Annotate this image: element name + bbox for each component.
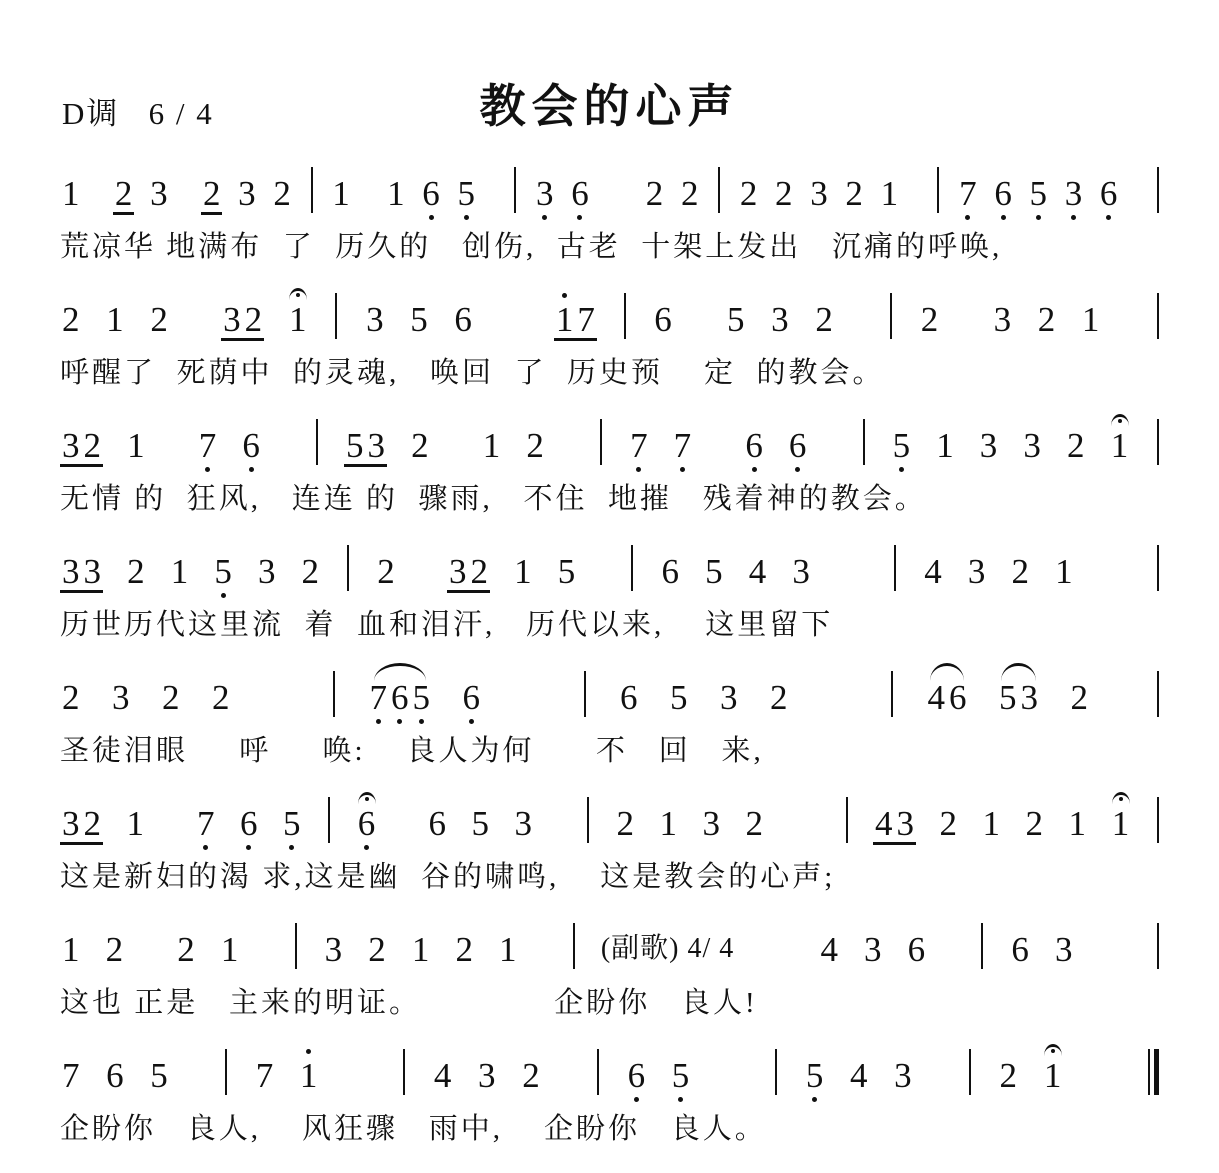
barline-stroke (335, 293, 337, 339)
note: 2 (409, 410, 431, 475)
note-row-6: 321765665321324321211 (60, 788, 1163, 853)
note: 2 (210, 662, 232, 727)
barline-stroke (347, 545, 349, 591)
note-number: 2 (162, 679, 180, 716)
note: 7 (60, 1040, 82, 1105)
note-number: 1 (1055, 553, 1073, 590)
note: 2 (468, 536, 490, 590)
octave-down-dot (899, 467, 904, 472)
barline (399, 1049, 409, 1095)
barline-stroke (311, 167, 313, 213)
note-number: 3 (810, 175, 828, 212)
note: 1 (1053, 536, 1075, 601)
octave-down-area (1071, 212, 1076, 223)
note: 3 (366, 410, 388, 464)
barline-stroke (587, 797, 589, 843)
note-number: 1 (106, 301, 124, 338)
octave-down-area (634, 1094, 639, 1105)
note: 1 (1110, 788, 1132, 853)
note: 3 (323, 914, 345, 979)
barline-stroke (333, 671, 335, 717)
fermata-icon (289, 288, 307, 300)
note-number: 2 (150, 301, 168, 338)
note-row-7: 122132121(副歌) 4/ 443663 (60, 914, 1163, 979)
octave-down-area (221, 590, 226, 601)
note: 1 (1109, 410, 1131, 475)
note: 3 (534, 158, 556, 223)
note-number: 6 (242, 427, 260, 464)
note-number: 2 (815, 301, 833, 338)
note-number: 6 (620, 679, 638, 716)
barline-stroke (1157, 545, 1159, 591)
note-number: 1 (300, 1057, 318, 1094)
note-number: 4 (928, 679, 946, 716)
note: 2 (375, 536, 397, 601)
note-number: 2 (526, 427, 544, 464)
note-number: 3 (62, 427, 80, 464)
note: 2 (524, 410, 546, 475)
note: 7 (254, 1040, 276, 1105)
note: 2 (453, 914, 475, 979)
note-number: 4 (820, 931, 838, 968)
note: 7 (628, 410, 650, 475)
note-number: 6 (1100, 175, 1118, 212)
barline (583, 797, 593, 843)
note-number: 5 (413, 679, 431, 716)
note: 1 (879, 158, 901, 223)
barline-stroke (1148, 1049, 1150, 1095)
note-number: 1 (1112, 805, 1130, 842)
note: 1 (981, 788, 1003, 853)
note: 3 (364, 284, 386, 349)
barline (859, 419, 869, 465)
note-number: 5 (283, 805, 301, 842)
barline-stroke (1157, 923, 1159, 969)
note-number: 1 (412, 931, 430, 968)
note-number: 5 (705, 553, 723, 590)
note-number: 1 (127, 805, 145, 842)
note: 6 (427, 788, 449, 853)
note-number: 2 (177, 931, 195, 968)
barline-stroke (981, 923, 983, 969)
barline-stroke (846, 797, 848, 843)
note: 7 (957, 158, 979, 223)
lyric-row-7: 这也 正是 主来的明证。 企盼你 良人! (60, 983, 1163, 1023)
fermata-area (289, 284, 307, 301)
note-number: 3 (894, 1057, 912, 1094)
barline (596, 419, 606, 465)
note: 2 (813, 284, 835, 349)
note: 7 (195, 788, 217, 853)
note: 3 (256, 536, 278, 601)
note: 6 (652, 284, 674, 349)
note-number: 6 (1011, 931, 1029, 968)
note: 3 (895, 788, 917, 842)
note: 2 (125, 536, 147, 601)
note: 1 (104, 284, 126, 349)
note-number: 2 (1012, 553, 1030, 590)
octave-down-dot (469, 719, 474, 724)
barline-stroke-thick (1154, 1049, 1159, 1095)
octave-down-dot (965, 215, 970, 220)
note-number: 3 (478, 1057, 496, 1094)
system-8: 765714326554321企盼你 良人, 风狂骤 雨中, 企盼你 良人。 (60, 1040, 1163, 1149)
fermata-icon (358, 792, 376, 804)
note: 1 (934, 410, 956, 475)
octave-down-dot (376, 719, 381, 724)
octave-down-area (429, 212, 434, 223)
note-number: 5 (999, 679, 1017, 716)
barline (1153, 419, 1163, 465)
note-number: 1 (483, 427, 501, 464)
note-number: 4 (850, 1057, 868, 1094)
barline-stroke (225, 1049, 227, 1095)
barline (343, 545, 353, 591)
barline-stroke (1157, 797, 1159, 843)
note: 3 (966, 536, 988, 601)
note: 1 (1042, 1040, 1064, 1105)
note-number: 2 (84, 427, 102, 464)
note-number: 1 (1082, 301, 1100, 338)
note: 6 (452, 284, 474, 349)
barline-stroke (891, 671, 893, 717)
note-number: 3 (994, 301, 1012, 338)
note: 3 (1063, 158, 1085, 223)
barline-stroke (969, 1049, 971, 1095)
barline-stroke (863, 419, 865, 465)
note-number: 2 (617, 805, 635, 842)
octave-down-dot (577, 215, 582, 220)
note: 5 (1028, 158, 1050, 223)
note-row-3: 32176532127766513321 (60, 410, 1163, 475)
note: 3 (513, 788, 535, 853)
note: 3 (236, 158, 258, 223)
note-number: 6 (662, 553, 680, 590)
barline-stroke (584, 671, 586, 717)
lyric-row-2: 呼醒了 死荫中 的灵魂, 唤回 了 历史预 定 的教会。 (60, 353, 1163, 393)
octave-down-dot (542, 215, 547, 220)
note: 3 (60, 410, 82, 464)
note-number: 1 (881, 175, 899, 212)
note-number: 2 (127, 553, 145, 590)
octave-down-dot (1106, 215, 1111, 220)
note: 3 (808, 158, 830, 223)
note-number: 3 (368, 427, 386, 464)
note-number: 1 (332, 175, 350, 212)
note: 2 (243, 284, 265, 338)
note-number: 2 (411, 427, 429, 464)
note-number: 3 (150, 175, 168, 212)
note: 3 (769, 284, 791, 349)
note-number: 5 (558, 553, 576, 590)
barline-stroke (894, 545, 896, 591)
slur-group: 765 (368, 662, 433, 727)
note-row-5: 23227656653246532 (60, 662, 1163, 727)
note: 2 (773, 158, 795, 223)
note: 4 (873, 788, 895, 842)
octave-up-area (562, 284, 567, 301)
note: 1 (125, 788, 147, 853)
note-number: 3 (223, 301, 241, 338)
note-number: 3 (980, 427, 998, 464)
note: 2 (615, 788, 637, 853)
note-number: 1 (289, 301, 307, 338)
note-number: 6 (908, 931, 926, 968)
note-number: 6 (454, 301, 472, 338)
barline (1153, 293, 1163, 339)
octave-down-dot (636, 467, 641, 472)
note: 6 (240, 410, 262, 475)
octave-down-dot (221, 593, 226, 598)
octave-down-dot (795, 467, 800, 472)
note: 2 (843, 158, 865, 223)
note: 6 (238, 788, 260, 853)
note-number: 3 (325, 931, 343, 968)
lyric-row-1: 荒凉华 地满布 了 历久的 创伤, 古老 十架上发出 沉痛的呼唤, (60, 227, 1163, 267)
note-number: 6 (358, 805, 376, 842)
note-number: 2 (245, 301, 263, 338)
barline (886, 293, 896, 339)
note: 3 (447, 536, 469, 590)
note-number: 3 (258, 553, 276, 590)
note-number: 3 (62, 805, 80, 842)
note-number: 1 (660, 805, 678, 842)
octave-up-dot (306, 1049, 311, 1054)
note-number: 5 (1030, 175, 1048, 212)
system-6: 321765665321324321211这是新妇的渴 求,这是幽 谷的啸鸣, … (60, 788, 1163, 897)
note-number: 2 (212, 679, 230, 716)
note-number: 1 (127, 427, 145, 464)
note: 2 (768, 662, 790, 727)
lyric-row-6: 这是新妇的渴 求,这是幽 谷的啸鸣, 这是教会的心声; (60, 857, 1163, 897)
note: 1 (287, 284, 309, 349)
note-number: 3 (536, 175, 554, 212)
page-title: 教会的心声 (0, 70, 1219, 136)
note-number: 5 (670, 679, 688, 716)
note: 1 (219, 914, 241, 979)
barline-stroke (316, 419, 318, 465)
note: 5 (408, 284, 430, 349)
barline-stroke (597, 1049, 599, 1095)
octave-down-area (469, 716, 474, 727)
note-number: 6 (391, 679, 409, 716)
note-number: 6 (628, 1057, 646, 1094)
note: 2 (60, 662, 82, 727)
barline (1153, 545, 1163, 591)
note-number: 2 (62, 679, 80, 716)
octave-down-dot (203, 845, 208, 850)
note-number: 1 (62, 175, 80, 212)
note: 5 (455, 158, 477, 223)
note: 6 (420, 158, 442, 223)
barline-stroke (890, 293, 892, 339)
note-number: 5 (214, 553, 232, 590)
note: 3 (992, 284, 1014, 349)
barline (1153, 671, 1163, 717)
note-number: 1 (221, 931, 239, 968)
note-number: 1 (1069, 805, 1087, 842)
note: 4 (432, 1040, 454, 1105)
system-2: 2123213561765322321呼醒了 死荫中 的灵魂, 唤回 了 历史预… (60, 284, 1163, 393)
note-number: 7 (370, 679, 388, 716)
note-number: 2 (203, 175, 221, 212)
octave-up-area (306, 1040, 311, 1057)
octave-down-area (680, 464, 685, 475)
note-number: 3 (703, 805, 721, 842)
note: 6 (618, 662, 640, 727)
note-row-1: 123232116536222232176536 (60, 158, 1163, 223)
note: 3 (892, 1040, 914, 1105)
note-number: 2 (302, 553, 320, 590)
note: 2 (679, 158, 701, 223)
note-number: 1 (387, 175, 405, 212)
note-number: 2 (106, 931, 124, 968)
note-number: 7 (199, 427, 217, 464)
system-4: 33215322321565434321历世历代这里流 着 血和泪汗, 历代以来… (60, 536, 1163, 645)
note: 5 (891, 410, 913, 475)
octave-down-dot (249, 467, 254, 472)
note: 5 (670, 1040, 692, 1105)
note-number: 3 (864, 931, 882, 968)
barline (291, 923, 301, 969)
note: 5 (556, 536, 578, 601)
lyric-row-3: 无情 的 狂风, 连连 的 骤雨, 不住 地摧 残着神的教会。 (60, 479, 1163, 519)
note: 2 (520, 1040, 542, 1105)
note: 2 (1024, 788, 1046, 853)
note-number: 3 (720, 679, 738, 716)
note-number: 6 (994, 175, 1012, 212)
note: 2 (738, 158, 760, 223)
barline (324, 797, 334, 843)
lyric-row-5: 圣徒泪眼 呼 唤: 良人为何 不 回 来, (60, 731, 1163, 771)
note: 1 (169, 536, 191, 601)
octave-down-area (812, 1094, 817, 1105)
note-number: 3 (62, 553, 80, 590)
note: 4 (848, 1040, 870, 1105)
note: 2 (148, 284, 170, 349)
note: 1 (481, 410, 503, 475)
octave-down-area (376, 716, 381, 727)
octave-down-dot (678, 1097, 683, 1102)
note: 3 (60, 536, 82, 590)
octave-down-area (965, 212, 970, 223)
note-number: 6 (240, 805, 258, 842)
fermata-area (1044, 1040, 1062, 1057)
note: 1 (60, 914, 82, 979)
note: 6 (906, 914, 928, 979)
note: 6 (743, 410, 765, 475)
beam-group: 2 (113, 158, 135, 215)
chorus-label: (副歌) 4/ 4 (601, 926, 734, 966)
note-number: 6 (429, 805, 447, 842)
barline-stroke (775, 1049, 777, 1095)
note: 5 (668, 662, 690, 727)
note: 2 (104, 914, 126, 979)
note: 2 (201, 158, 223, 212)
note: 2 (644, 158, 666, 223)
note-number: 1 (556, 301, 574, 338)
octave-down-area (752, 464, 757, 475)
barline (714, 167, 724, 213)
note: 1 (1067, 788, 1089, 853)
note: 1 (330, 158, 352, 223)
note-number: 2 (84, 805, 102, 842)
note-number: 5 (672, 1057, 690, 1094)
octave-down-dot (634, 1097, 639, 1102)
note: 3 (701, 788, 723, 853)
note: 5 (344, 410, 366, 464)
note: 2 (175, 914, 197, 979)
beam-group: 43 (873, 788, 916, 845)
octave-down-area (464, 212, 469, 223)
note: 3 (1021, 410, 1043, 475)
note-number: 2 (921, 301, 939, 338)
octave-down-area (397, 716, 402, 727)
note-number: 2 (1000, 1057, 1018, 1094)
note: 5 (470, 788, 492, 853)
octave-down-area (1106, 212, 1111, 223)
note-number: 4 (924, 553, 942, 590)
note-number: 7 (197, 805, 215, 842)
note-number: 2 (681, 175, 699, 212)
octave-down-dot (1071, 215, 1076, 220)
barline-stroke (295, 923, 297, 969)
note-number: 2 (1067, 427, 1085, 464)
beam-group: 32 (447, 536, 490, 593)
note-number: 5 (893, 427, 911, 464)
barline-stroke (1157, 293, 1159, 339)
system-5: 23227656653246532圣徒泪眼 呼 唤: 良人为何 不 回 来, (60, 662, 1163, 771)
note-number: 5 (806, 1057, 824, 1094)
barline-stroke (937, 167, 939, 213)
note: 6 (992, 158, 1014, 223)
note: 5 (148, 1040, 170, 1105)
octave-down-dot (752, 467, 757, 472)
note: 1 (554, 284, 576, 338)
note: 2 (60, 284, 82, 349)
note: 5 (703, 536, 725, 601)
octave-down-area (249, 464, 254, 475)
barline (977, 923, 987, 969)
note-number: 2 (368, 931, 386, 968)
note: 4 (818, 914, 840, 979)
system-1: 123232116536222232176536荒凉华 地满布 了 历久的 创伤… (60, 158, 1163, 267)
fermata-area (358, 788, 376, 805)
barline (569, 923, 579, 969)
note-number: 6 (422, 175, 440, 212)
octave-down-area (203, 842, 208, 853)
note: 2 (1010, 536, 1032, 601)
octave-down-area (419, 716, 424, 727)
note-number: 2 (1038, 301, 1056, 338)
note: 1 (385, 158, 407, 223)
note: 4 (747, 536, 769, 601)
note: 6 (1098, 158, 1120, 223)
barline (312, 419, 322, 465)
note-number: 6 (571, 175, 589, 212)
note-number: 7 (630, 427, 648, 464)
note-number: 2 (62, 301, 80, 338)
lyric-row-8: 企盼你 良人, 风狂骤 雨中, 企盼你 良人。 (60, 1109, 1163, 1149)
note-number: 3 (1065, 175, 1083, 212)
note: 1 (658, 788, 680, 853)
note-number: 2 (646, 175, 664, 212)
barline-stroke (631, 545, 633, 591)
note: 6 (569, 158, 591, 223)
barline-stroke (514, 167, 516, 213)
note-number: 4 (875, 805, 893, 842)
note: 2 (1065, 410, 1087, 475)
